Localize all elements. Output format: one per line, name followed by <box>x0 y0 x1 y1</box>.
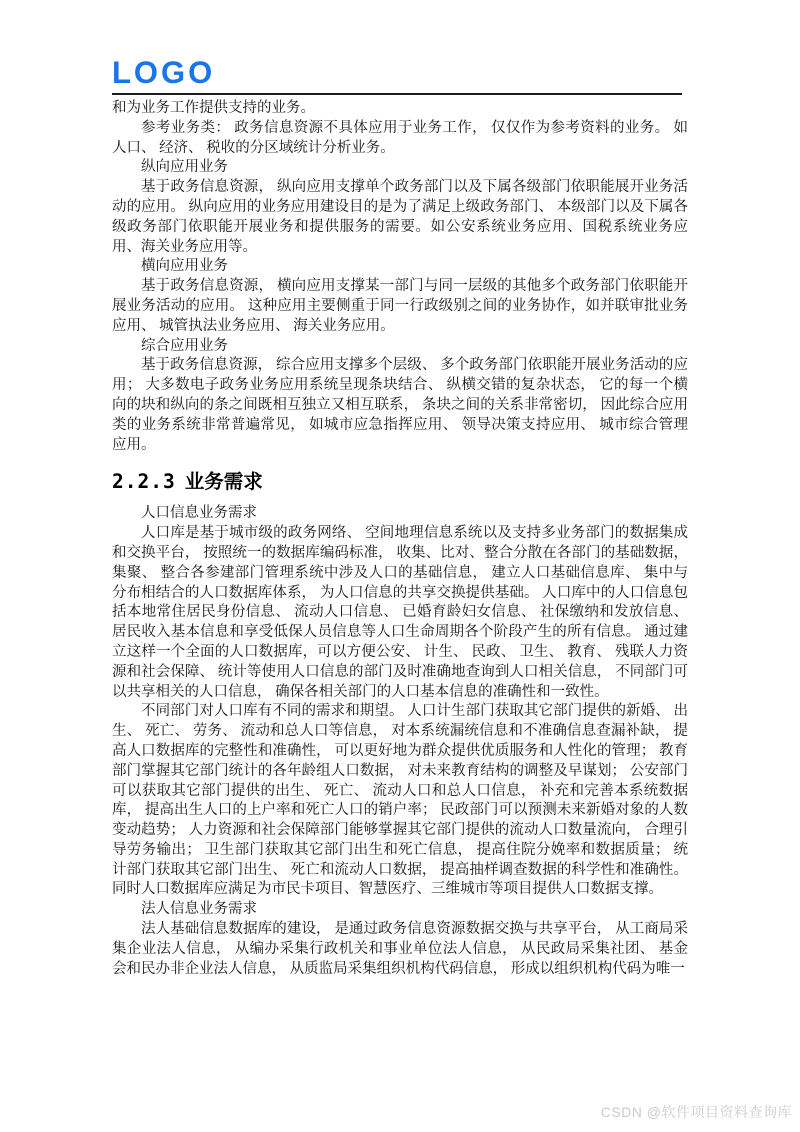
document-page: LOGO 和为业务工作提供支持的业务。 参考业务类： 政务信息资源不具体应用于业… <box>112 56 688 979</box>
paragraph-vertical-application: 基于政务信息资源， 纵向应用支撑单个政务部门以及下属各级部门依职能展开业务活动的… <box>112 178 688 257</box>
section-heading-title: 业务需求 <box>185 471 263 493</box>
subheading-legal-person-info-requirement: 法人信息业务需求 <box>112 900 688 920</box>
paragraph-population-database: 人口库是基于城市级的政务网络、 空间地理信息系统以及支持多业务部门的数据集成和交… <box>112 524 688 702</box>
csdn-watermark: CSDN @软件项目资料查询库 <box>601 1102 792 1122</box>
paragraph-legal-person-database: 法人基础信息数据库的建设， 是通过政务信息资源数据交换与共享平台， 从工商局采集… <box>112 920 688 979</box>
subheading-vertical-application: 纵向应用业务 <box>112 158 688 178</box>
subheading-horizontal-application: 横向应用业务 <box>112 257 688 277</box>
section-heading-number: 2.2.3 <box>112 470 176 493</box>
subheading-comprehensive-application: 综合应用业务 <box>112 337 688 357</box>
document-body: 和为业务工作提供支持的业务。 参考业务类： 政务信息资源不具体应用于业务工作， … <box>112 99 688 979</box>
paragraph-department-needs: 不同部门对人口库有不同的需求和期望。 人口计生部门获取其它部门提供的新婚、 出生… <box>112 702 688 900</box>
company-logo: LOGO <box>112 55 688 90</box>
paragraph-comprehensive-application: 基于政务信息资源， 综合应用支撑多个层级、 多个政务部门依职能开展业务活动的应用… <box>112 356 688 455</box>
paragraph-horizontal-application: 基于政务信息资源， 横向应用支撑某一部门与同一层级的其他多个政务部门依职能开展业… <box>112 277 688 336</box>
section-heading-223: 2.2.3业务需求 <box>112 469 688 495</box>
subheading-population-info-requirement: 人口信息业务需求 <box>112 504 688 524</box>
paragraph-reference-business: 参考业务类： 政务信息资源不具体应用于业务工作， 仅仅作为参考资料的业务。 如人… <box>112 119 688 159</box>
header-divider-rule <box>112 93 682 95</box>
paragraph-continuation: 和为业务工作提供支持的业务。 <box>112 99 688 119</box>
